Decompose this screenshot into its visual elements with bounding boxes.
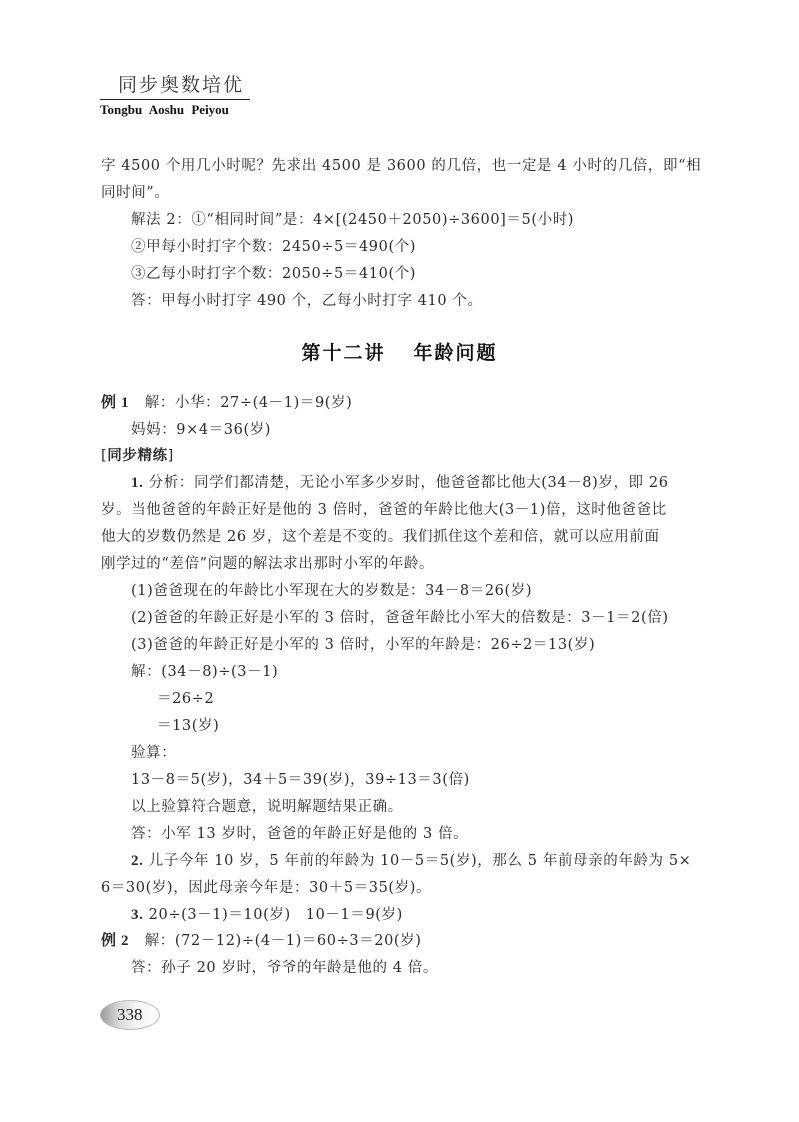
text-line: 以上验算符合题意，说明解题结果正确。 bbox=[131, 795, 403, 816]
practice-item-2: 2. 儿子今年 10 岁，5 年前的年龄为 10－5＝5(岁)，那么 5 年前母… bbox=[131, 849, 691, 870]
running-header: 同步奥数培优 Tongbu Aoshu Peiyou bbox=[100, 70, 250, 118]
example-label: 例 2 bbox=[101, 933, 129, 949]
header-title-cn: 同步奥数培优 bbox=[100, 70, 250, 97]
practice-heading: [同步精练] bbox=[101, 444, 174, 465]
item-number: 2. bbox=[131, 853, 143, 869]
text-line: ＝13(岁) bbox=[157, 714, 219, 735]
text-line: 答：小军 13 岁时，爸爸的年龄正好是他的 3 倍。 bbox=[131, 822, 468, 843]
practice-item-3: 3. 20÷(3－1)＝10(岁) 10－1＝9(岁) bbox=[131, 903, 403, 924]
text-line: 他大的岁数仍然是 26 岁，这个差是不变的。我们抓住这个差和倍，就可以应用前面 bbox=[101, 525, 660, 546]
text-line: 儿子今年 10 岁，5 年前的年龄为 10－5＝5(岁)，那么 5 年前母亲的年… bbox=[149, 853, 692, 869]
header-title-en: Tongbu Aoshu Peiyou bbox=[100, 102, 250, 118]
practice-heading-label: 同步精练 bbox=[107, 448, 167, 464]
example-1: 例 1 解：小华：27÷(4－1)＝9(岁) bbox=[101, 391, 352, 412]
practice-item-1: 1. 分析：同学们都清楚，无论小军多少岁时，他爸爸都比他大(34－8)岁，即 2… bbox=[131, 471, 669, 492]
text-line: 20÷(3－1)＝10(岁) 10－1＝9(岁) bbox=[149, 907, 403, 923]
text-line: 解：小华：27÷(4－1)＝9(岁) bbox=[145, 395, 353, 411]
text-line: 岁。当他爸爸的年龄正好是他的 3 倍时，爸爸的年龄比他大(3－1)倍，这时他爸爸… bbox=[101, 498, 667, 519]
text-line: 同时间”。 bbox=[101, 181, 169, 202]
text-line: ＝26÷2 bbox=[157, 687, 214, 708]
text-line: 验算： bbox=[131, 741, 176, 762]
text-line: 13－8＝5(岁)，34＋5＝39(岁)，39÷13＝3(倍) bbox=[131, 768, 470, 789]
text-line: 6＝30(岁)，因此母亲今年是：30＋5＝35(岁)。 bbox=[101, 876, 431, 897]
example-label: 例 1 bbox=[101, 395, 129, 411]
text-line: 解法 2：①“相同时间”是：4×[(2450＋2050)÷3600]＝5(小时) bbox=[131, 208, 574, 229]
chapter-name: 年龄问题 bbox=[414, 342, 498, 364]
chapter-title: 第十二讲年龄问题 bbox=[0, 338, 799, 365]
text-line: 答：孙子 20 岁时，爷爷的年龄是他的 4 倍。 bbox=[131, 956, 438, 977]
text-line: ③乙每小时打字个数：2050÷5＝410(个) bbox=[131, 262, 416, 283]
header-rule bbox=[100, 99, 250, 100]
item-number: 3. bbox=[131, 907, 143, 923]
chapter-number: 第十二讲 bbox=[301, 342, 385, 364]
text-line: 解：(34－8)÷(3－1) bbox=[131, 660, 278, 681]
text-line: 解：(72－12)÷(4－1)＝60÷3＝20(岁) bbox=[145, 933, 422, 949]
text-line: ②甲每小时打字个数：2450÷5＝490(个) bbox=[131, 235, 416, 256]
page-number-badge: 338 bbox=[100, 1000, 160, 1030]
text-line: (1)爸爸现在的年龄比小军现在大的岁数是：34－8＝26(岁) bbox=[131, 579, 532, 600]
text-line: (3)爸爸的年龄正好是小军的 3 倍时，小军的年龄是：26÷2＝13(岁) bbox=[131, 633, 595, 654]
text-line: (2)爸爸的年龄正好是小军的 3 倍时，爸爸年龄比小军大的倍数是：3－1＝2(倍… bbox=[131, 606, 669, 627]
text-line: 刚学过的“差倍”问题的解法求出那时小军的年龄。 bbox=[101, 552, 434, 573]
text-line: 答：甲每小时打字 490 个，乙每小时打字 410 个。 bbox=[131, 289, 483, 310]
example-2: 例 2 解：(72－12)÷(4－1)＝60÷3＝20(岁) bbox=[101, 929, 422, 950]
item-number: 1. bbox=[131, 475, 143, 491]
text-line: 字 4500 个用几小时呢？先求出 4500 是 3600 的几倍，也一定是 4… bbox=[101, 154, 701, 175]
text-line: 分析：同学们都清楚，无论小军多少岁时，他爸爸都比他大(34－8)岁，即 26 bbox=[149, 475, 669, 491]
page-number: 338 bbox=[117, 1005, 143, 1025]
text-line: 妈妈：9×4＝36(岁) bbox=[131, 418, 271, 439]
